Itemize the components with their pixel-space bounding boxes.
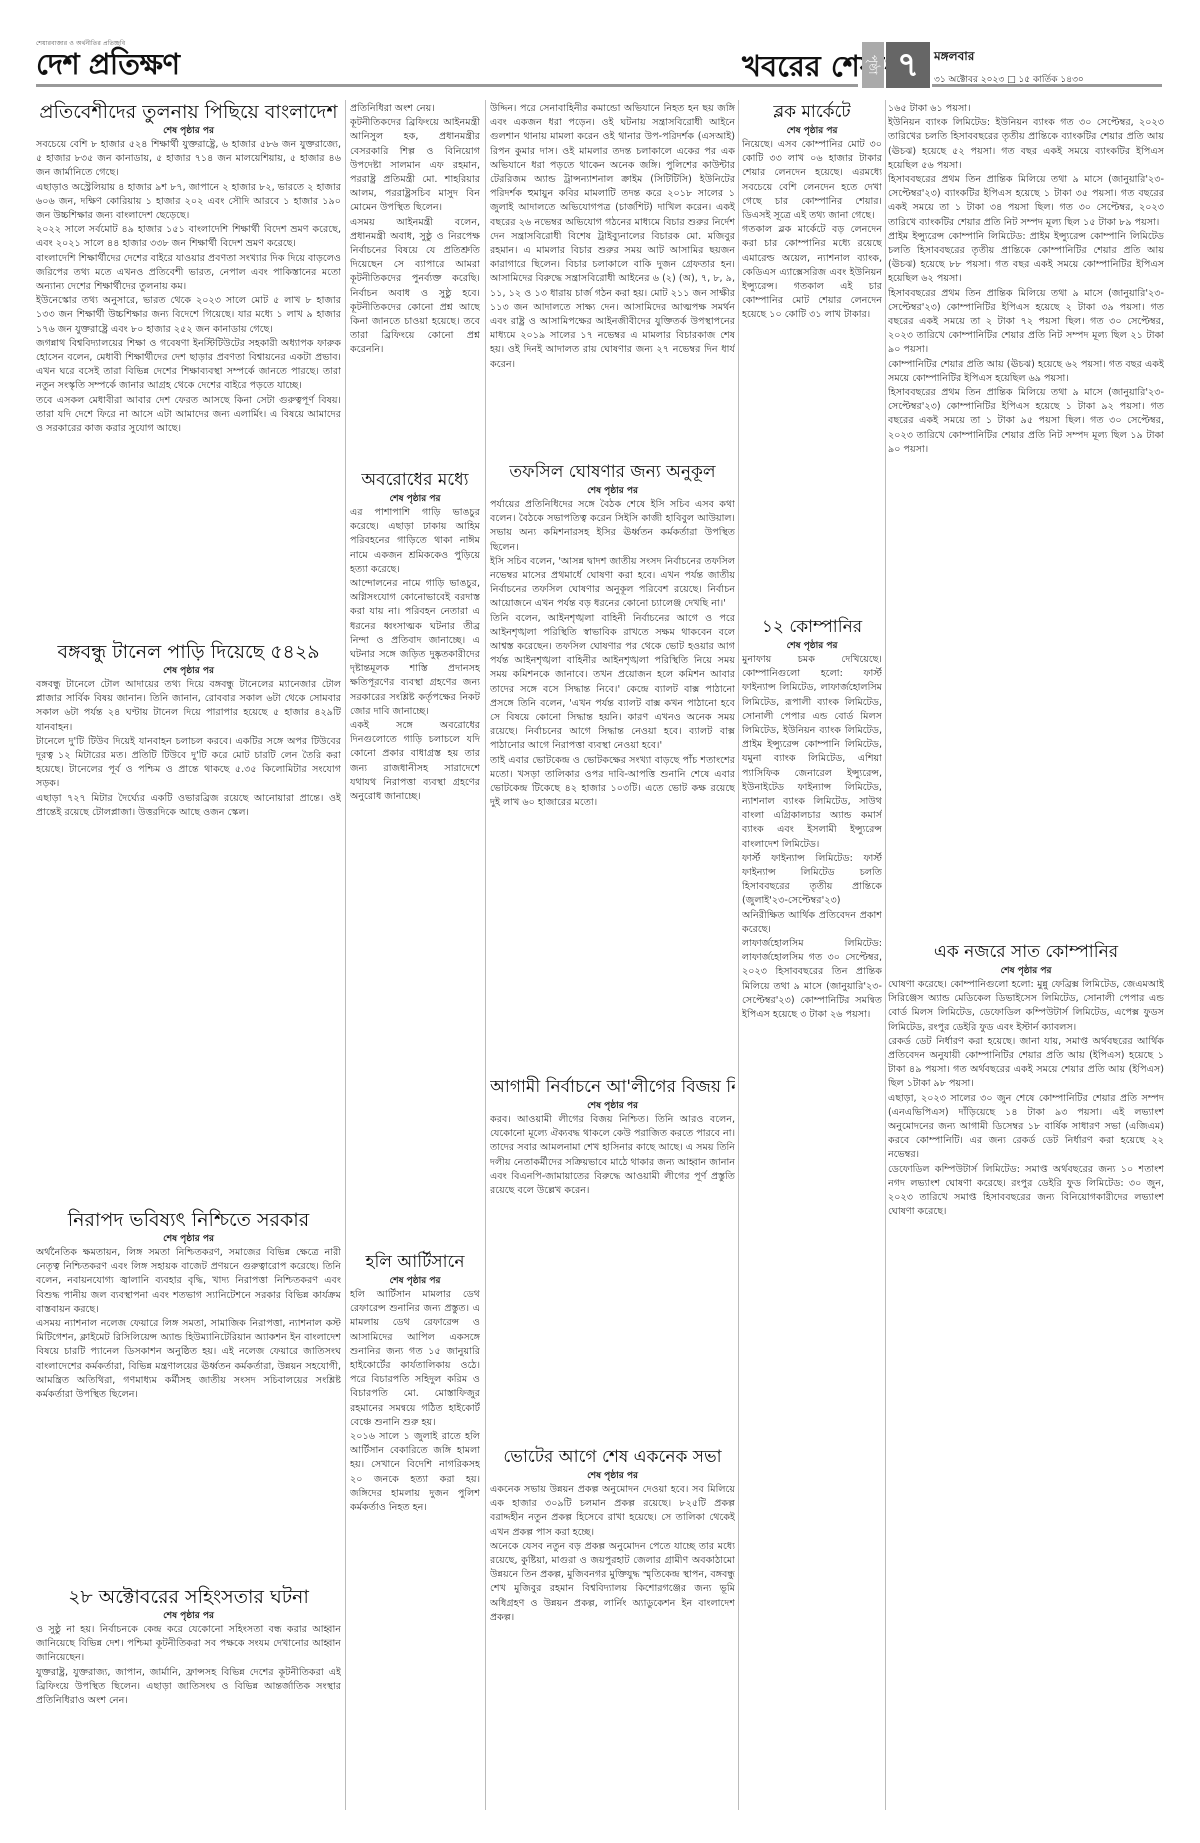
jump-label: শেষ পৃষ্ঠার পর — [36, 664, 341, 678]
paragraph: ডেফোডিল কম্পিউটার্স লিমিটেড: সমাপ্ত অর্থ… — [888, 1163, 1164, 1220]
paragraph: ফার্স্ট ফাইন্যান্স লিমিটেড: ফার্স্ট ফাইন… — [742, 852, 882, 937]
article-body: ১৬৫ টাকা ৬১ পয়সা। ইউনিয়ন ব্যাংক লিমিটে… — [888, 102, 1164, 457]
article-education[interactable]: প্রতিবেশীদের তুলনায় পিছিয়ে বাংলাদেশ শে… — [36, 100, 341, 630]
paragraph: তাই এবার ভোটকেন্দ্র ও ভোটকক্ষের সংখ্যা ব… — [490, 754, 735, 811]
article-holi-artisan[interactable]: হলি আর্টিসানে শেষ পৃষ্ঠার পর হলি আর্টিসা… — [350, 1020, 480, 1810]
article-body: ঘোষণা করেছে। কোম্পানিগুলো হলো: মুন্নু ফে… — [888, 978, 1164, 1219]
article-schedule[interactable]: তফসিল ঘোষণার জন্য অনুকূল শেষ পৃষ্ঠার পর … — [490, 460, 735, 1060]
paragraph: আন্দোলনের নামে গাড়ি ভাঙচুর, অগ্নিসংযোগ … — [350, 577, 480, 719]
paragraph: কোম্পানিটির শেয়ার প্রতি আয় (ঊচঝ) হয়েছ… — [888, 358, 1164, 386]
paragraph: একই সঙ্গে অবরোধের দিনগুলোতে গাড়ি চলাচলে… — [350, 719, 480, 804]
headline[interactable]: ২৮ অক্টোবরের সহিংসতার ঘটনা — [36, 1585, 341, 1609]
paragraph: ১৬৫ টাকা ৬১ পয়সা। — [888, 102, 1164, 116]
article-body: প্রতিনিধিরা অংশ নেয়। কূটনীতিকদের ব্রিফি… — [350, 102, 480, 358]
article-body: নিয়েছে। এসব কোম্পানির মোট ৩০ কোটি ৩৩ লা… — [742, 138, 882, 323]
paragraph: এসময় আইনমন্ত্রী বলেন, প্রধানমন্ত্রী অবা… — [350, 216, 480, 358]
paragraph: হিসাববছরের প্রথম তিন প্রান্তিক মিলিয়ে ত… — [888, 386, 1164, 457]
jump-label: শেষ পৃষ্ঠার পর — [888, 964, 1164, 978]
article-body: হলি আর্টিসান মামলার ডেথ রেফারেন্স শুনানি… — [350, 1288, 480, 1515]
column-divider — [485, 100, 486, 1810]
article-twelve-companies[interactable]: ১২ কোম্পানির শেষ পৃষ্ঠার পর মুনাফায় চমক… — [742, 615, 882, 1805]
headline[interactable]: প্রতিবেশীদের তুলনায় পিছিয়ে বাংলাদেশ — [36, 100, 341, 124]
paragraph: লাফার্জহোলসিম লিমিটেড: লাফার্জহোলসিম গত … — [742, 937, 882, 1022]
article-block-market[interactable]: ব্লক মার্কেটে শেষ পৃষ্ঠার পর নিয়েছে। এস… — [742, 100, 882, 610]
jump-label: শেষ পৃষ্ঠার পর — [36, 124, 341, 138]
paragraph: এর পাশাপাশি গাড়ি ভাঙচুর করেছে। এছাড়া ঢ… — [350, 506, 480, 577]
article-ecnec[interactable]: ভোটের আগে শেষ একনেক সভা শেষ পৃষ্ঠার পর এ… — [490, 1445, 735, 1810]
article-seven-companies[interactable]: এক নজরে সাত কোম্পানির শেষ পৃষ্ঠার পর ঘোষ… — [888, 940, 1164, 1810]
paragraph: ও সুষ্ঠু না হয়। নির্বাচনকে কেন্দ্র করে … — [36, 1623, 341, 1666]
paragraph: এছাড়াও অস্ট্রেলিয়ায় ৪ হাজার ৯শ ৮৭, জা… — [36, 181, 341, 224]
paragraph: জগন্নাথ বিশ্ববিদ্যালয়ের শিক্ষা ও গবেষণা… — [36, 337, 341, 394]
headline[interactable]: ১২ কোম্পানির — [742, 615, 882, 639]
paragraph: ইসি সচিব বলেন, 'আসন্ন দ্বাদশ জাতীয় সংসদ… — [490, 555, 735, 612]
jump-label: শেষ পৃষ্ঠার পর — [742, 124, 882, 138]
paragraph: তিনি বলেন, আইনশৃঙ্খলা বাহিনী নির্বাচনের … — [490, 612, 735, 754]
headline[interactable]: ব্লক মার্কেটে — [742, 100, 882, 124]
jump-label: শেষ পৃষ্ঠার পর — [350, 492, 480, 506]
article-october-28[interactable]: ২৮ অক্টোবরের সহিংসতার ঘটনা শেষ পৃষ্ঠার প… — [36, 1585, 341, 1810]
article-body: করব। আওয়ামী লীগের বিজয় নিশ্চিত। তিনি আ… — [490, 1113, 735, 1198]
article-body: এর পাশাপাশি গাড়ি ভাঙচুর করেছে। এছাড়া ঢ… — [350, 506, 480, 804]
article-verdict[interactable]: উদ্দিন। পরে সেনাবাহিনীর কমান্ডো অভিযানে … — [490, 102, 735, 457]
article-body: বঙ্গবন্ধু টানেলে টোল আদায়ের তথ্য দিয়ে … — [36, 678, 341, 820]
paragraph: বাংলাদেশি শিক্ষার্থীদের দেশের বাইরে যাওয… — [36, 252, 341, 295]
article-earnings[interactable]: ১৬৫ টাকা ৬১ পয়সা। ইউনিয়ন ব্যাংক লিমিটে… — [888, 102, 1164, 937]
paragraph: ২০১৬ সালে ১ জুলাই রাতে হলি আর্টিসান বেকা… — [350, 1430, 480, 1515]
jump-label: শেষ পৃষ্ঠার পর — [350, 1274, 480, 1288]
article-body: উদ্দিন। পরে সেনাবাহিনীর কমান্ডো অভিযানে … — [490, 102, 735, 372]
jump-label: শেষ পৃষ্ঠার পর — [490, 484, 735, 498]
newspaper-logo[interactable]: দেশ প্রতিক্ষণ — [36, 49, 180, 79]
paragraph: এছাড়া ৭২৭ মিটার দৈর্ঘ্যের একটি ওভারব্রি… — [36, 792, 341, 820]
paragraph: হলি আর্টিসান মামলার ডেথ রেফারেন্স শুনানি… — [350, 1288, 480, 1430]
masthead-divider — [932, 84, 1162, 87]
article-body: অর্থনৈতিক ক্ষমতায়ন, লিঙ্গ সমতা নিশ্চিতক… — [36, 1246, 341, 1402]
article-body: ও সুষ্ঠু না হয়। নির্বাচনকে কেন্দ্র করে … — [36, 1623, 341, 1708]
paragraph: এছাড়া, ২০২৩ সালের ৩০ জুন শেষে কোম্পানিট… — [888, 1092, 1164, 1163]
paragraph: একনেক সভায় উন্নয়ন প্রকল্প অনুমোদন দেওয… — [490, 1483, 735, 1540]
paragraph: রেকর্ড ডেট নির্ধারণ করা হয়েছে। জানা যায… — [888, 1035, 1164, 1092]
paragraph: ইউনিয়ন ব্যাংক লিমিটেড: ইউনিয়ন ব্যাংক গ… — [888, 116, 1164, 173]
logo-block: শেয়ারবাজার ও অর্থনীতির প্রতিচ্ছবি দেশ প… — [36, 38, 180, 79]
paragraph: অর্থনৈতিক ক্ষমতায়ন, লিঙ্গ সমতা নিশ্চিতক… — [36, 1246, 341, 1317]
jump-label: শেষ পৃষ্ঠার পর — [36, 1609, 341, 1623]
page-number: ৭ — [886, 42, 930, 88]
article-body: মুনাফায় চমক দেখিয়েছে। কোম্পানিগুলো হলো… — [742, 653, 882, 1022]
paragraph: মুনাফায় চমক দেখিয়েছে। কোম্পানিগুলো হলো… — [742, 653, 882, 852]
headline[interactable]: বঙ্গবন্ধু টানেল পাড়ি দিয়েছে ৫৪২৯ — [36, 640, 341, 664]
article-body: সবচেয়ে বেশি ৮ হাজার ৫২৪ শিক্ষার্থী যুক্… — [36, 138, 341, 436]
paragraph: হিসাববছরের প্রথম তিন প্রান্তিক মিলিয়ে ত… — [888, 287, 1164, 358]
paragraph: ইউনেস্কোর তথ্য অনুসারে, ভারত থেকে ২০২৩ স… — [36, 294, 341, 337]
paragraph: ২০২২ সালে সর্বমোট ৪৯ হাজার ১৫১ বাংলাদেশি… — [36, 223, 341, 251]
masthead-divider — [600, 84, 858, 87]
paragraph: হিসাববছরের প্রথম তিন প্রান্তিক মিলিয়ে ত… — [888, 173, 1164, 230]
article-diplomats[interactable]: প্রতিনিধিরা অংশ নেয়। কূটনীতিকদের ব্রিফি… — [350, 102, 480, 462]
paragraph: অনেকে যেসব নতুন বড় প্রকল্প অনুমোদন পেতে… — [490, 1540, 735, 1625]
headline[interactable]: তফসিল ঘোষণার জন্য অনুকূল — [490, 460, 735, 484]
article-tunnel[interactable]: বঙ্গবন্ধু টানেল পাড়ি দিয়েছে ৫৪২৯ শেষ প… — [36, 640, 341, 1200]
paragraph: বঙ্গবন্ধু টানেলে টোল আদায়ের তথ্য দিয়ে … — [36, 678, 341, 735]
column-divider — [738, 100, 739, 1810]
paragraph: পর্যায়ের প্রতিনিধিদের সঙ্গে বৈঠক শেষে ই… — [490, 498, 735, 555]
headline[interactable]: হলি আর্টিসানে — [350, 1250, 480, 1274]
paragraph: এসময় ন্যাশনাল নলেজ ফেয়ারে লিঙ্গ সমতা, … — [36, 1317, 341, 1402]
headline[interactable]: আগামী নির্বাচনে আ'লীগের বিজয় নিশ্চিত — [490, 1075, 735, 1099]
headline[interactable]: নিরাপদ ভবিষ্যৎ নিশ্চিতে সরকার — [36, 1208, 341, 1232]
jump-label: শেষ পৃষ্ঠার পর — [36, 1232, 341, 1246]
paragraph: উদ্দিন। পরে সেনাবাহিনীর কমান্ডো অভিযানে … — [490, 102, 735, 372]
jump-label: শেষ পৃষ্ঠার পর — [742, 639, 882, 653]
paragraph: প্রাইম ইন্স্যুরেন্স কোম্পানি লিমিটেড: প্… — [888, 230, 1164, 287]
paragraph: কূটনীতিকদের ব্রিফিংয়ে আইনমন্ত্রী আনিসুল… — [350, 116, 480, 215]
paragraph: সবচেয়ে বেশি ৮ হাজার ৫২৪ শিক্ষার্থী যুক্… — [36, 138, 341, 181]
article-body: পর্যায়ের প্রতিনিধিদের সঙ্গে বৈঠক শেষে ই… — [490, 498, 735, 810]
paragraph: করব। আওয়ামী লীগের বিজয় নিশ্চিত। তিনি আ… — [490, 1113, 735, 1198]
masthead: শেয়ারবাজার ও অর্থনীতির প্রতিচ্ছবি দেশ প… — [0, 0, 1200, 92]
paragraph: টানেলে দু'টি টিউব দিয়েই যানবাহন চলাচল ক… — [36, 735, 341, 792]
paragraph: যুক্তরাষ্ট্র, যুক্তরাজ্য, জাপান, জার্মান… — [36, 1666, 341, 1709]
headline[interactable]: অবরোধের মধ্যে — [350, 468, 480, 492]
weekday: মঙ্গলবার — [934, 48, 1084, 68]
column-divider — [885, 100, 886, 1810]
dateline: মঙ্গলবার ৩১ অক্টোবর ২০২৩ □ ১৫ কার্তিক ১৪… — [934, 48, 1084, 87]
paragraph: গতকাল ব্লক মার্কেটে বড় লেনদেন করা চার ক… — [742, 223, 882, 322]
article-body: একনেক সভায় উন্নয়ন প্রকল্প অনুমোদন দেওয… — [490, 1483, 735, 1625]
jump-label: শেষ পৃষ্ঠার পর — [490, 1469, 735, 1483]
paragraph: প্রতিনিধিরা অংশ নেয়। — [350, 102, 480, 116]
masthead-divider — [36, 84, 601, 87]
paragraph: ঘোষণা করেছে। কোম্পানিগুলো হলো: মুন্নু ফে… — [888, 978, 1164, 1035]
page-label: পৃষ্ঠা — [862, 42, 884, 88]
article-blockade[interactable]: অবরোধের মধ্যে শেষ পৃষ্ঠার পর এর পাশাপাশি… — [350, 468, 480, 1013]
headline[interactable]: এক নজরে সাত কোম্পানির — [888, 940, 1164, 964]
column-divider — [345, 100, 346, 1810]
article-awami-victory[interactable]: আগামী নির্বাচনে আ'লীগের বিজয় নিশ্চিত শে… — [490, 1075, 735, 1440]
paragraph: নিয়েছে। এসব কোম্পানির মোট ৩০ কোটি ৩৩ লা… — [742, 138, 882, 223]
jump-label: শেষ পৃষ্ঠার পর — [490, 1099, 735, 1113]
paragraph: তবে এসকল মেধাবীরা আবার দেশ ফেরত আসছে কিন… — [36, 394, 341, 437]
headline[interactable]: ভোটের আগে শেষ একনেক সভা — [490, 1445, 735, 1469]
article-safe-future[interactable]: নিরাপদ ভবিষ্যৎ নিশ্চিতে সরকার শেষ পৃষ্ঠা… — [36, 1208, 341, 1578]
